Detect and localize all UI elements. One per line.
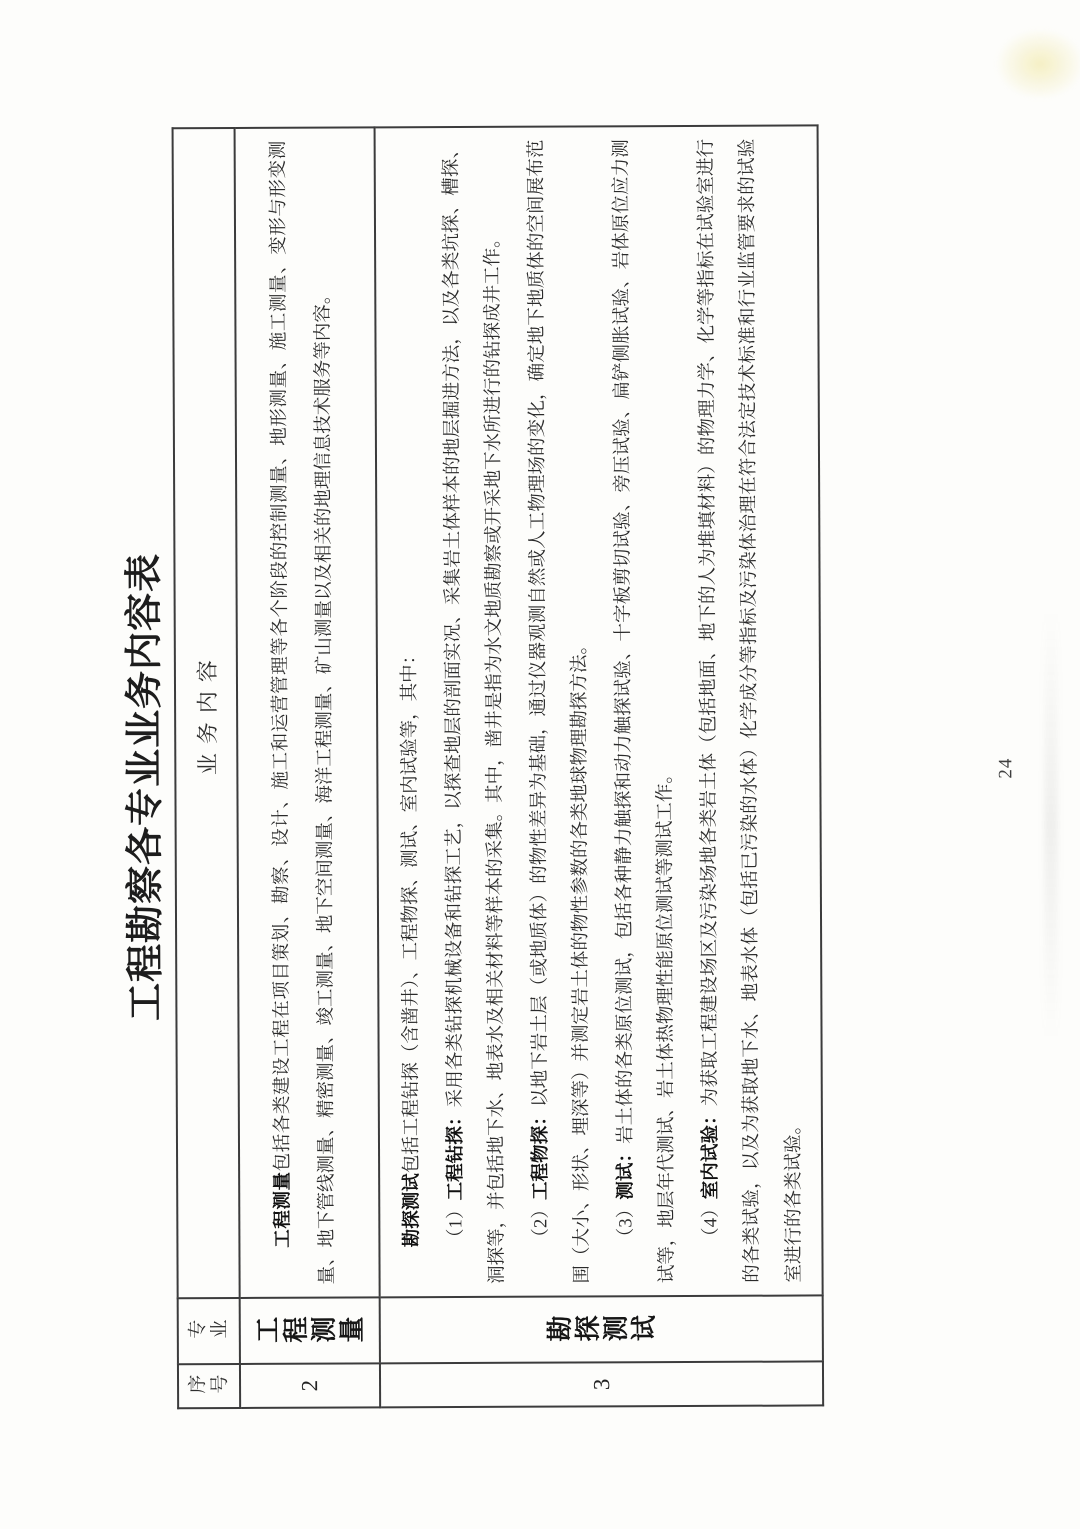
paragraph-lead: 测试： — [613, 1144, 634, 1200]
content-text-block: 工程测量包括各类建设工程在项目策划、勘察、设计、施工和运营管理等各个阶段的控制测… — [236, 128, 356, 1296]
content-cell-exploration-testing: 勘探测试包括工程钻探（含凿井）、工程物探、测试、室内试验等，其中： （1）工程钻… — [375, 125, 823, 1297]
paragraph: 勘探测试包括工程钻探（含凿井）、工程物探、测试、室内试验等，其中： — [386, 140, 434, 1284]
paragraph: （4）室内试验：为获取工程建设场区及污染场地各类岩土体（包括地面、地下的人为堆填… — [684, 138, 815, 1283]
paragraph-lead: 工程物探： — [528, 1107, 549, 1200]
header-specialty-label: 专业 — [187, 1318, 231, 1345]
paragraph-lead: 室内试验： — [698, 1106, 719, 1199]
paragraph-lead: 勘探测试 — [400, 1173, 421, 1247]
rotated-document-sheet: 工程勘察各专业业务内容表 序号 专业 业务内容 2 工程测量 工程测量包括各类建… — [0, 0, 1080, 1529]
paragraph: （3）测试：岩土体的各类原位测试，包括各种静力触探和动力触探试验、十字板剪切试验… — [599, 139, 689, 1283]
row-index-3: 3 — [380, 1361, 823, 1407]
header-cell-specialty: 专业 — [178, 1298, 240, 1364]
content-text-block: 勘探测试包括工程钻探（含凿井）、工程物探、测试、室内试验等，其中： （1）工程钻… — [376, 126, 822, 1296]
paragraph-prefix: （3） — [616, 1200, 636, 1247]
specialty-name: 勘探测试 — [545, 1311, 657, 1348]
document-title: 工程勘察各专业业务内容表 — [110, 45, 171, 1528]
paragraph-text: 包括工程钻探（含凿井）、工程物探、测试、室内试验等，其中： — [400, 646, 422, 1173]
content-cell-engineering-survey: 工程测量包括各类建设工程在项目策划、勘察、设计、施工和运营管理等各个阶段的控制测… — [235, 127, 380, 1298]
paragraph: 工程测量包括各类建设工程在项目策划、勘察、设计、施工和运营管理等各个阶段的控制测… — [256, 140, 350, 1284]
table-row-exploration-testing: 3 勘探测试 勘探测试包括工程钻探（含凿井）、工程物探、测试、室内试验等，其中：… — [375, 125, 824, 1407]
specialty-cell-engineering-survey: 工程测量 — [240, 1297, 380, 1364]
paragraph: （2）工程物探：以地下岩土层（或地质体）的物性差异为基础，通过仪器观测自然或人工… — [514, 139, 604, 1283]
header-index-label: 序号 — [187, 1373, 231, 1400]
specialty-cell-exploration-testing: 勘探测试 — [380, 1295, 823, 1363]
paragraph-prefix: （1） — [446, 1200, 466, 1247]
page-number: 24 — [995, 758, 1017, 779]
table-row-engineering-survey: 2 工程测量 工程测量包括各类建设工程在项目策划、勘察、设计、施工和运营管理等各… — [235, 127, 381, 1408]
paragraph: （1）工程钻探：采用各类钻探机械设备和钻探工艺，以探查地层的剖面实况、采集岩土体… — [429, 140, 519, 1284]
row-index-2: 2 — [240, 1363, 380, 1408]
paragraph-lead: 工程钻探： — [443, 1107, 464, 1200]
paragraph-text: 包括各类建设工程在项目策划、勘察、设计、施工和运营管理等各个阶段的控制测量、地形… — [269, 141, 338, 1285]
table-header-row: 序号 专业 业务内容 — [173, 128, 241, 1408]
header-content-label: 业务内容 — [173, 128, 240, 1298]
paragraph-prefix: （2） — [531, 1200, 551, 1247]
paragraph-prefix: （4） — [701, 1199, 721, 1246]
specialty-name: 工程测量 — [254, 1312, 366, 1349]
paragraph-lead: 工程测量 — [271, 1171, 292, 1247]
header-cell-index: 序号 — [178, 1364, 240, 1408]
business-content-table: 序号 专业 业务内容 2 工程测量 工程测量包括各类建设工程在项目策划、勘察、设… — [172, 124, 825, 1409]
paragraph-text: 岩土体的各类原位测试，包括各种静力触探和动力触探试验、十字板剪切试验、旁压试验、… — [611, 139, 677, 1283]
